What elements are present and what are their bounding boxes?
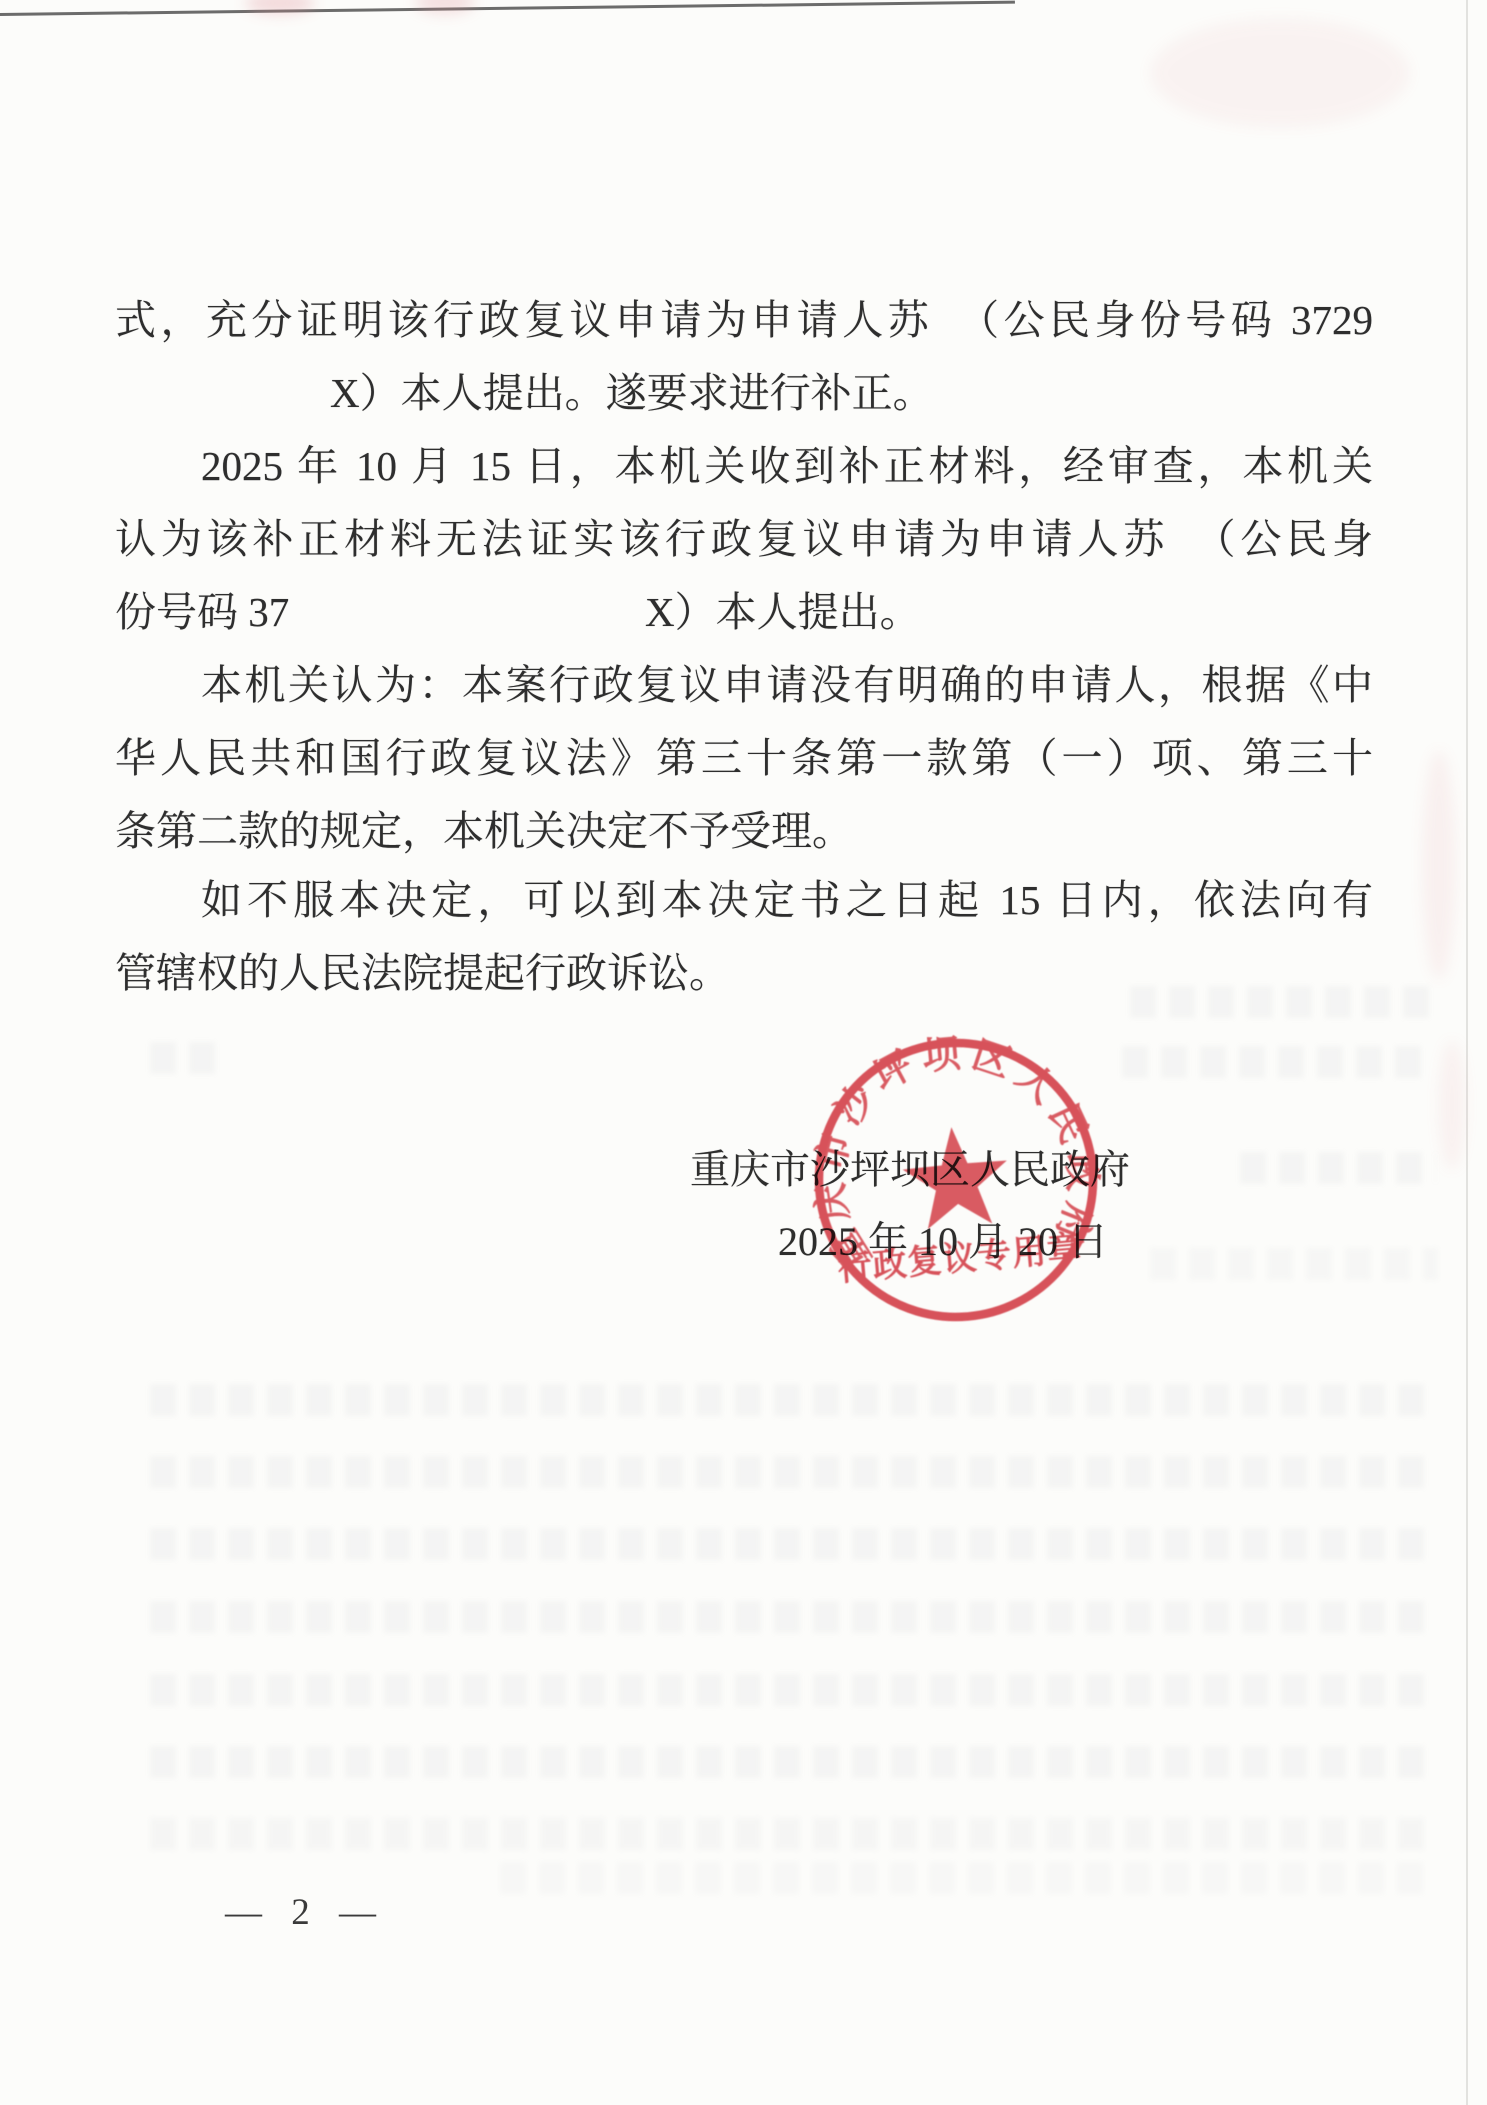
scan-edge-artifact (1466, 0, 1468, 2105)
ink-smudge-artifact (1438, 1040, 1466, 1170)
document-line: X）本人提出。遂要求进行补正。 (330, 369, 934, 417)
page-number: — 2 — (225, 1891, 386, 1934)
bleedthrough-artifact (1130, 986, 1430, 1018)
document-line: 2025 年 10 月 15 日，本机关收到补正材料，经审查，本机关 (115, 442, 1373, 490)
bleedthrough-artifact (150, 1456, 1432, 1488)
bleedthrough-artifact (150, 1601, 1432, 1633)
ink-smudge-artifact (1150, 18, 1410, 128)
scan-edge-artifact (0, 1, 1015, 16)
ink-smudge-artifact (415, 0, 475, 14)
ink-smudge-artifact (1422, 750, 1456, 980)
bleedthrough-artifact (150, 1818, 1432, 1850)
document-line: X）本人提出。 (645, 588, 921, 636)
document-line: 本机关认为：本案行政复议申请没有明确的申请人，根据《中 (115, 661, 1373, 709)
document-line: 认为该补正材料无法证实该行政复议申请为申请人苏 （公民身 (115, 515, 1373, 563)
bleedthrough-artifact (1240, 1152, 1436, 1184)
bleedthrough-artifact (150, 1042, 222, 1074)
bleedthrough-artifact (500, 1862, 1432, 1894)
bleedthrough-artifact (150, 1528, 1432, 1560)
decision-date: 2025 年 10 月 20 日 (778, 1210, 1108, 1267)
document-line: 条第二款的规定，本机关决定不予受理。 (115, 807, 853, 855)
document-line: 如不服本决定，可以到本决定书之日起 15 日内，依法向有 (115, 876, 1373, 924)
bleedthrough-artifact (1122, 1046, 1434, 1078)
document-line: 式，充分证明该行政复议申请为申请人苏 （公民身份号码 3729 (115, 296, 1373, 344)
scanned-document-page: 重庆市沙坪坝区人民政府 行政复议专用章 式，充分证明该行政复议申请为申请人苏 （… (0, 0, 1487, 2105)
document-line: 份号码 37 (115, 588, 289, 636)
document-line: 管辖权的人民法院提起行政诉讼。 (115, 949, 730, 997)
bleedthrough-artifact (1150, 1248, 1438, 1280)
document-line: 华人民共和国行政复议法》第三十条第一款第（一）项、第三十 (115, 734, 1373, 782)
bleedthrough-artifact (150, 1384, 1432, 1416)
bleedthrough-artifact (150, 1674, 1432, 1706)
issuing-authority: 重庆市沙坪坝区人民政府 (690, 1138, 1130, 1195)
bleedthrough-artifact (150, 1746, 1432, 1778)
